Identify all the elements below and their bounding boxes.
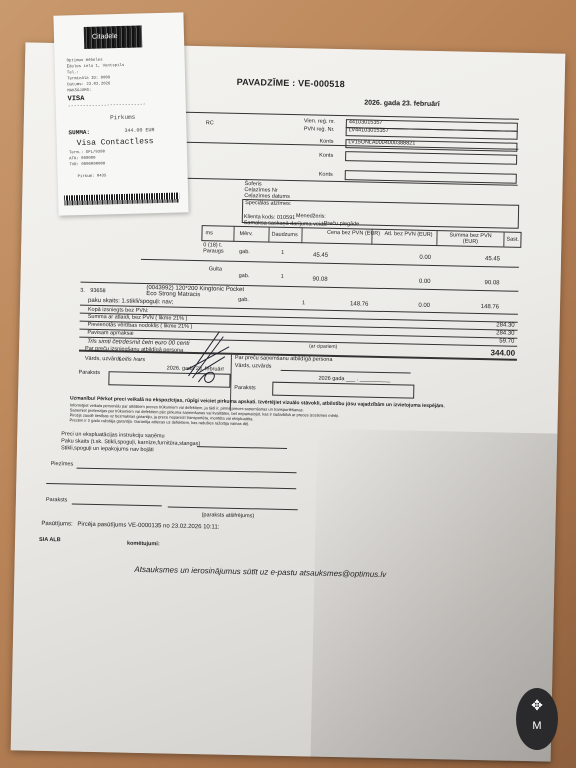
vat-base-value: 284.30 bbox=[474, 330, 514, 337]
receipt-line: Optimus mēbeles bbox=[67, 58, 103, 63]
item-price: 45.45 bbox=[313, 252, 328, 258]
item-discount: 0.00 bbox=[400, 302, 430, 309]
flower-icon: ✥ bbox=[516, 698, 558, 712]
divider bbox=[141, 259, 519, 268]
barcode bbox=[64, 193, 179, 206]
sign-label: Paraksts bbox=[46, 497, 68, 503]
vat-value: 59.70 bbox=[474, 338, 514, 345]
konts2-box bbox=[345, 151, 517, 165]
receipt-line: MAKSĀJUMS: bbox=[67, 89, 91, 94]
seller-short: RC bbox=[206, 120, 214, 126]
item-unit: gab. bbox=[238, 297, 249, 303]
sum-discount-value: 284.30 bbox=[475, 322, 515, 329]
receiver-sign-box[interactable] bbox=[272, 382, 414, 399]
bank-logo: Citadele bbox=[84, 25, 143, 49]
item-sum: 45.45 bbox=[466, 256, 500, 263]
sign-line[interactable] bbox=[72, 503, 162, 506]
item-nr: 3. bbox=[80, 288, 85, 294]
item-price: 148.76 bbox=[350, 301, 368, 307]
col-header: ms bbox=[205, 230, 212, 236]
receipt-sum-label: SUMMA: bbox=[68, 129, 90, 137]
col-header: Sast. bbox=[506, 237, 519, 243]
order-value: Pircēja pasūtījums VE-0000135 no 23.02.2… bbox=[77, 522, 219, 531]
konts3-label: Konts bbox=[319, 172, 333, 178]
invoice-title: PAVADZĪME : VE-000518 bbox=[237, 77, 345, 89]
invoice-date: 2026. gada 23. februārī bbox=[364, 100, 440, 109]
reg-nr-value: 44103015357 bbox=[349, 119, 383, 126]
receipt-sum-value: 344.00 EUR bbox=[124, 127, 154, 134]
receipt-line: Termināla ID: 8009 bbox=[67, 76, 110, 81]
sign-decode-line[interactable] bbox=[168, 507, 298, 511]
special-notes-label: Speciālas atzīmes: bbox=[245, 200, 291, 207]
item-sum: 90.08 bbox=[465, 280, 499, 287]
watermark-letter: M bbox=[516, 720, 558, 732]
pvn-value: LV44103015357 bbox=[349, 127, 389, 134]
item-code: 93658 bbox=[90, 288, 105, 294]
receipt-line: ATK: 000000 bbox=[69, 157, 96, 162]
receipt-line: Tel.: bbox=[67, 71, 79, 75]
issuer-name-label: Vārds, uzvārds bbox=[85, 356, 122, 363]
receipt-line: Ēdoles iela 1, Ventspils bbox=[67, 64, 125, 70]
col-header: Atl. bez PVN (EUR) bbox=[383, 231, 433, 238]
notes-line[interactable] bbox=[46, 483, 296, 489]
item-price: 90.08 bbox=[313, 276, 328, 282]
item-qty: 1 bbox=[281, 274, 284, 280]
receipt-status: Pirkums bbox=[110, 114, 135, 122]
issuer-label: Par preču izsniegšanu atbildīgā persona bbox=[85, 346, 183, 354]
pvn-label: PVN reģ. Nr. bbox=[304, 126, 335, 133]
col-header: Daudzums bbox=[271, 232, 297, 239]
receipt-line: Pirkum: 0435 bbox=[78, 174, 107, 179]
item-qty: 1 bbox=[302, 300, 305, 306]
company-name: SIA ALB bbox=[39, 537, 61, 543]
manager-label: Menedžeris: bbox=[296, 213, 326, 220]
delivery-label: Preču piegāde bbox=[324, 221, 360, 228]
receiver-name-line[interactable] bbox=[281, 370, 411, 374]
item-discount: 0.00 bbox=[401, 254, 431, 261]
package-count-line[interactable] bbox=[197, 446, 287, 449]
reg-nr-label: Vien. reģ. nr. bbox=[304, 118, 335, 125]
receiver-label: Par preču saņemšanu atbildīgā persona bbox=[235, 355, 333, 363]
konts2-label: Konts bbox=[319, 153, 333, 159]
item-discount: 0.00 bbox=[400, 278, 430, 285]
notes-label: Piezīmes bbox=[51, 461, 74, 467]
receipt-divider: -------------------------- bbox=[68, 101, 146, 109]
comments-label: komētujumi: bbox=[127, 541, 160, 548]
issuer-name: Leitis Ivars bbox=[119, 356, 145, 363]
item-name: Gulta bbox=[209, 266, 222, 272]
notes-line[interactable] bbox=[77, 468, 297, 474]
col-header: Cena bez PVN (EUR) bbox=[323, 230, 383, 237]
issuer-sign-label: Paraksts bbox=[79, 370, 101, 376]
grand-total: 344.00 bbox=[469, 348, 515, 358]
order-label: Pasūtījums: bbox=[41, 521, 72, 528]
app-logo-badge-icon: ✥ M bbox=[516, 688, 558, 750]
signature-scribble bbox=[178, 326, 239, 387]
feedback-text: Atsauksmes un ierosinājumus sūtīt uz e-p… bbox=[134, 565, 386, 579]
vat-label: Pavisam apmaksai bbox=[87, 330, 133, 337]
receipt-line: Datums: 23.02.2026 bbox=[67, 82, 110, 87]
item-sum: 148.76 bbox=[465, 304, 499, 311]
acceptance-line: Stikli,spoguļi un iepakojums nav bojāti bbox=[61, 445, 154, 453]
card-receipt: Citadele Optimus mēbeles Ēdoles iela 1, … bbox=[53, 12, 188, 215]
receiver-name-label: Vārds, uzvārds bbox=[235, 363, 272, 370]
item-name: 0 (18) t. Paraugs bbox=[203, 242, 235, 255]
item-name: (0043992) 120*200 Kingtonic Pocket Eco S… bbox=[146, 285, 246, 299]
sign-decode-label: (paraksts atšifrējums) bbox=[202, 512, 255, 519]
col-header: Summa bez PVN (EUR) bbox=[441, 232, 499, 245]
bank-logo-text: Citadele bbox=[92, 33, 118, 41]
payment-method: Visa Contactless bbox=[77, 137, 154, 148]
col-header: Mērv. bbox=[239, 231, 252, 237]
item-qty: 1 bbox=[281, 250, 284, 256]
item-unit: gab. bbox=[239, 249, 250, 255]
total-note: (ar cipariem) bbox=[309, 343, 337, 350]
receipt-line: TVR: 0000000000 bbox=[69, 162, 105, 167]
item-unit: gab. bbox=[239, 273, 250, 279]
receipt-line: Term.: GPL/9380 bbox=[69, 150, 105, 155]
